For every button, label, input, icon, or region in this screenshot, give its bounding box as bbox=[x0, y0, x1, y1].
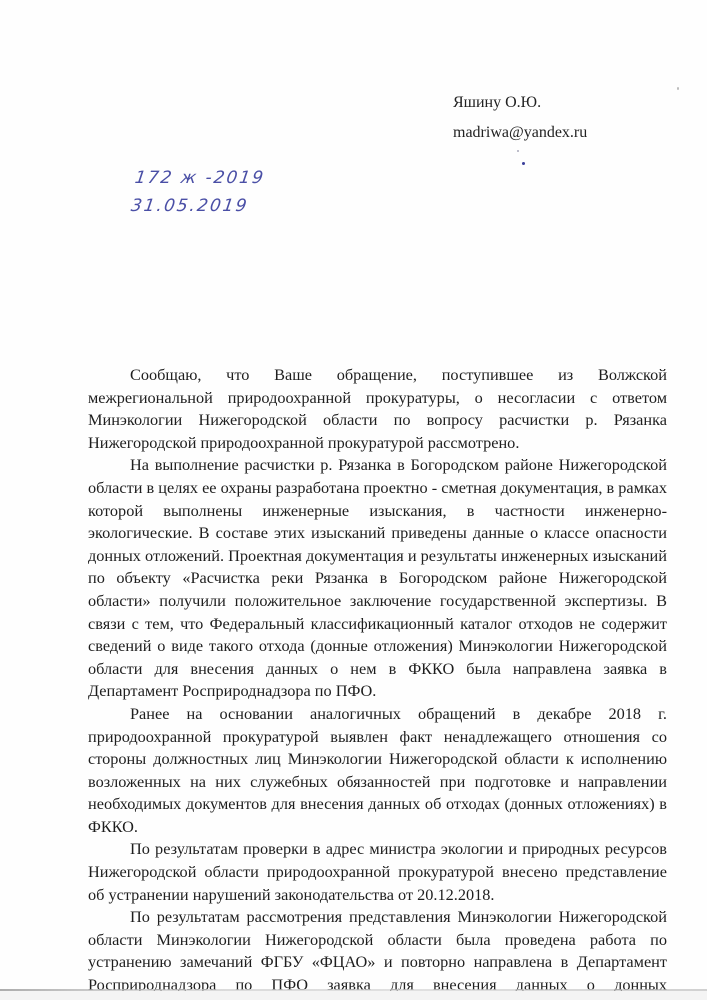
paragraph-2: На выполнение расчистки р. Рязанка в Бог… bbox=[88, 454, 667, 703]
ink-speck-mark bbox=[517, 150, 519, 152]
addressee-block: Яшину О.Ю. madriwa@yandex.ru bbox=[453, 88, 587, 148]
registration-number: 172 ж -2019 bbox=[133, 164, 267, 192]
paragraph-3: Ранее на основании аналогичных обращений… bbox=[88, 703, 667, 839]
scanner-bottom-margin bbox=[0, 991, 707, 1000]
paragraph-5: По результатам рассмотрения представлени… bbox=[88, 906, 667, 996]
paragraph-1: Сообщаю, что Ваше обращение, поступившее… bbox=[88, 364, 667, 454]
addressee-email: madriwa@yandex.ru bbox=[453, 118, 587, 148]
paragraph-4: По результатам проверки в адрес министра… bbox=[88, 838, 667, 906]
letter-body: Сообщаю, что Ваше обращение, поступившее… bbox=[88, 364, 667, 997]
registration-date: 31.05.2019 bbox=[129, 192, 263, 220]
handwritten-registration-stamp: 172 ж -2019 31.05.2019 bbox=[129, 164, 267, 220]
scanned-letter-page: Яшину О.Ю. madriwa@yandex.ru 172 ж -2019… bbox=[0, 0, 707, 1000]
ink-dot-mark bbox=[522, 162, 525, 165]
addressee-name: Яшину О.Ю. bbox=[453, 88, 587, 118]
scan-speck-mark bbox=[677, 87, 679, 90]
